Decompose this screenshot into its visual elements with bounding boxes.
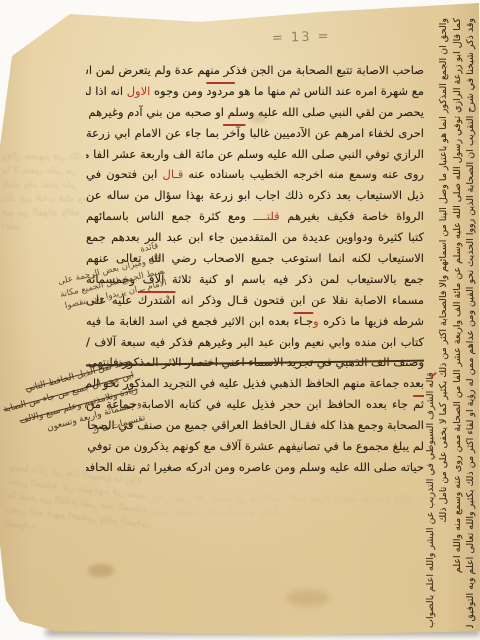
- ink-text: احرى لخفاء امرهم عن الآدميين غالبا: [245, 126, 424, 140]
- ink-text: انه اذا لم: [86, 84, 127, 98]
- red-ink-word: قلتــــ: [253, 209, 279, 223]
- ink-text: ومع كثرة جمع الناس باسمائهم: [86, 209, 253, 223]
- ink-text: ومن وجوه: [150, 84, 206, 98]
- ink-text: جـاء: [294, 314, 313, 328]
- ink-text: الرازي توفي النبي صلى الله عليه وسلم عن …: [86, 147, 424, 161]
- ink-text: كتبا كثيرة ودواوين عديدة من المتقدمين جا…: [86, 230, 424, 244]
- vertical-margin-line: والحق ان الجمع المذكور انما هو باعتبار م…: [437, 18, 450, 628]
- showthrough-ghost-text: وذكر بعض اهل العلم في هذا الباب كلاما طو…: [150, 492, 420, 602]
- ink-text: و: [86, 353, 88, 362]
- ink-text: لم يبلغ مجموع ما في تصانيفهم عشرة آلاف م…: [86, 439, 424, 453]
- vertical-margin-line: كما قال ابو زرعة الرازي توفي رسول الله ص…: [451, 18, 464, 628]
- red-ink-word: قـال: [162, 167, 183, 181]
- paper-stain: [286, 590, 330, 606]
- ink-text: روى عنه وسمع منه اخرجه الخطيب باسناده عن…: [183, 167, 424, 181]
- manuscript-text-line: احرى لخفاء امرهم عن الآدميين غالبا وآخر …: [86, 123, 424, 144]
- ink-text: صاحب الاصابة تتبع الصحابة من الجن فذكر م…: [86, 63, 424, 77]
- manuscript-text-line: كتاب ابن منده وابي نعيم وابن عبد البر وغ…: [86, 332, 424, 353]
- ink-text: ابن فتحون في: [86, 167, 162, 181]
- ink-text: ثم: [413, 397, 424, 411]
- manuscript-text-line: الرازي توفي النبي صلى الله عليه وسلم عن …: [86, 144, 424, 165]
- page-number: = 13 =: [272, 29, 331, 46]
- red-ink-word: الاول: [127, 84, 151, 98]
- ink-text: شرطه فزيها ما ذكره: [319, 314, 424, 328]
- ink-text: ذيل الاستيعاب بعد ذكره ذلك اجاب ابو زرعة…: [86, 188, 424, 202]
- ink-text: مع شهرة امره عند الناس ثم منها ما هو: [235, 84, 424, 98]
- manuscript-text-line: روى عنه وسمع منه اخرجه الخطيب باسناده عن…: [86, 164, 424, 185]
- manuscript-text-line: شرطه فزيها ما ذكره وجـاء بعده ابن الاثير…: [86, 311, 424, 332]
- ink-text: وصنف الف الذهبي في تجريد الاسماء اعني اخ…: [88, 355, 424, 369]
- showthrough-ghost-text: ومما يذكر في هذا الموضع ما رواه بعض الحف…: [0, 461, 156, 639]
- manuscript-text-line: لم يبلغ مجموع ما في تصانيفهم عشرة آلاف م…: [86, 436, 424, 457]
- manuscript-text-line: حياته صلى الله عليه وسلم ومن عاصره ومن ا…: [86, 457, 424, 478]
- manuscript-text-line: الرواة خاصة فكيف بغيرهم قلتــــ ومع كثرة…: [86, 206, 424, 227]
- ink-text: وآخر: [223, 126, 245, 140]
- manuscript-text-line: صاحب الاصابة تتبع الصحابة من الجن فذكر م…: [86, 60, 424, 81]
- vertical-margin-line: قاله الشرف السيوطي في التدريب عن البشر و…: [424, 18, 437, 628]
- ink-text: يحصر من لقي النبي صلى الله عليه وسلم او …: [86, 105, 424, 119]
- manuscript-text-line: مع شهرة امره عند الناس ثم منها ما هو مرد…: [86, 81, 424, 102]
- ink-text: حياته صلى الله عليه وسلم ومن عاصره ومن ا…: [86, 460, 424, 474]
- right-margin-vertical-note: قاله الشرف السيوطي في التدريب عن البشر و…: [424, 18, 480, 628]
- ink-text: بعده ابن الاثير فجمع في اسد الغابة ما في…: [86, 314, 294, 328]
- paper-stain: [88, 564, 114, 577]
- ink-text: بما جاء عن الامام ابي زرعة: [86, 126, 223, 140]
- ink-text: الرواة خاصة فكيف بغيرهم: [280, 209, 424, 223]
- manuscript-text-line: يحصر من لقي النبي صلى الله عليه وسلم او …: [86, 102, 424, 123]
- showthrough-ghost-text: وقال بعضهم في ذلك ما لا يخفى على من تامل…: [2, 150, 94, 268]
- vertical-margin-line: وقد ذكر شيخنا في شرح التقريب ان الصحابة …: [464, 18, 477, 628]
- ink-text: مردود: [206, 84, 234, 98]
- manuscript-text-line: ذيل الاستيعاب بعد ذكره ذلك اجاب ابو زرعة…: [86, 185, 424, 206]
- ink-text: مسماء الاصابة نقلا عن ابن فتحون قـال وذك…: [175, 293, 424, 307]
- ink-text: كتاب ابن منده وابي نعيم وابن عبد البر وغ…: [86, 335, 424, 349]
- manuscript-text-line: وصنف الف الذهبي في تجريد الاسماء اعني اخ…: [86, 352, 424, 373]
